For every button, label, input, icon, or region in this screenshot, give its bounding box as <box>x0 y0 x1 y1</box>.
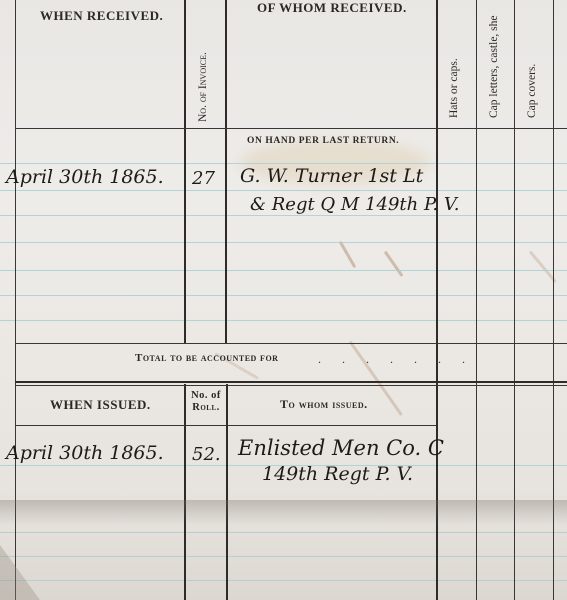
header-no-of-invoice: No. of Invoice. <box>197 52 209 122</box>
no-of-roll-line-2: Roll. <box>188 402 224 414</box>
entries-bottom-line <box>15 343 567 344</box>
header-cap-letters: Cap letters, castle, she <box>488 15 500 118</box>
received-date: April 30th 1865. <box>6 166 164 188</box>
ruled-line <box>0 532 567 533</box>
ruled-line <box>0 215 567 216</box>
issued-date: April 30th 1865. <box>6 442 164 464</box>
ink-streak <box>384 251 404 277</box>
ruled-line <box>0 580 567 581</box>
ledger-page: WHEN RECEIVED. No. of Invoice. OF WHOM R… <box>0 0 567 600</box>
ruled-line <box>0 295 567 296</box>
ruled-line <box>0 163 567 164</box>
column-divider <box>226 384 228 600</box>
header-when-issued: WHEN ISSUED. <box>50 397 151 413</box>
total-double-line <box>15 385 567 386</box>
header-bottom-line <box>15 128 567 129</box>
ruled-line <box>0 270 567 271</box>
of-whom-line-2: & Regt Q M 149th P. V. <box>250 194 459 215</box>
roll-number: 52. <box>192 444 221 465</box>
no-of-roll-line-1: No. of <box>188 390 224 402</box>
on-hand-label: ON HAND PER LAST RETURN. <box>247 136 399 146</box>
header-cap-covers: Cap covers. <box>526 64 538 118</box>
header-hats-or-caps: Hats or caps. <box>448 58 460 118</box>
column-divider <box>184 0 186 343</box>
header-when-received: WHEN RECEIVED. <box>40 8 163 24</box>
header-no-of-roll: No. of Roll. <box>188 390 224 414</box>
column-divider <box>184 384 186 600</box>
invoice-number: 27 <box>192 168 215 189</box>
page-fold-shadow <box>0 500 567 525</box>
header-of-whom-received: OF WHOM RECEIVED. <box>257 0 407 16</box>
to-whom-line-1: Enlisted Men Co. C <box>238 436 444 460</box>
ink-streak <box>339 241 357 268</box>
issued-header-bottom-line <box>15 425 436 426</box>
column-divider <box>225 0 227 343</box>
total-label: Total to be accounted for <box>135 352 278 364</box>
total-double-line <box>15 381 567 383</box>
of-whom-line-1: G. W. Turner 1st Lt <box>240 165 423 187</box>
total-dots: . . . . . . . <box>318 352 474 367</box>
ruled-line <box>0 320 567 321</box>
ruled-line <box>0 242 567 243</box>
ruled-line <box>0 556 567 557</box>
to-whom-line-2: 149th Regt P. V. <box>262 463 413 485</box>
ruled-line <box>0 190 567 191</box>
header-to-whom-issued: To whom issued. <box>280 397 368 412</box>
page-corner-fold <box>0 545 40 600</box>
